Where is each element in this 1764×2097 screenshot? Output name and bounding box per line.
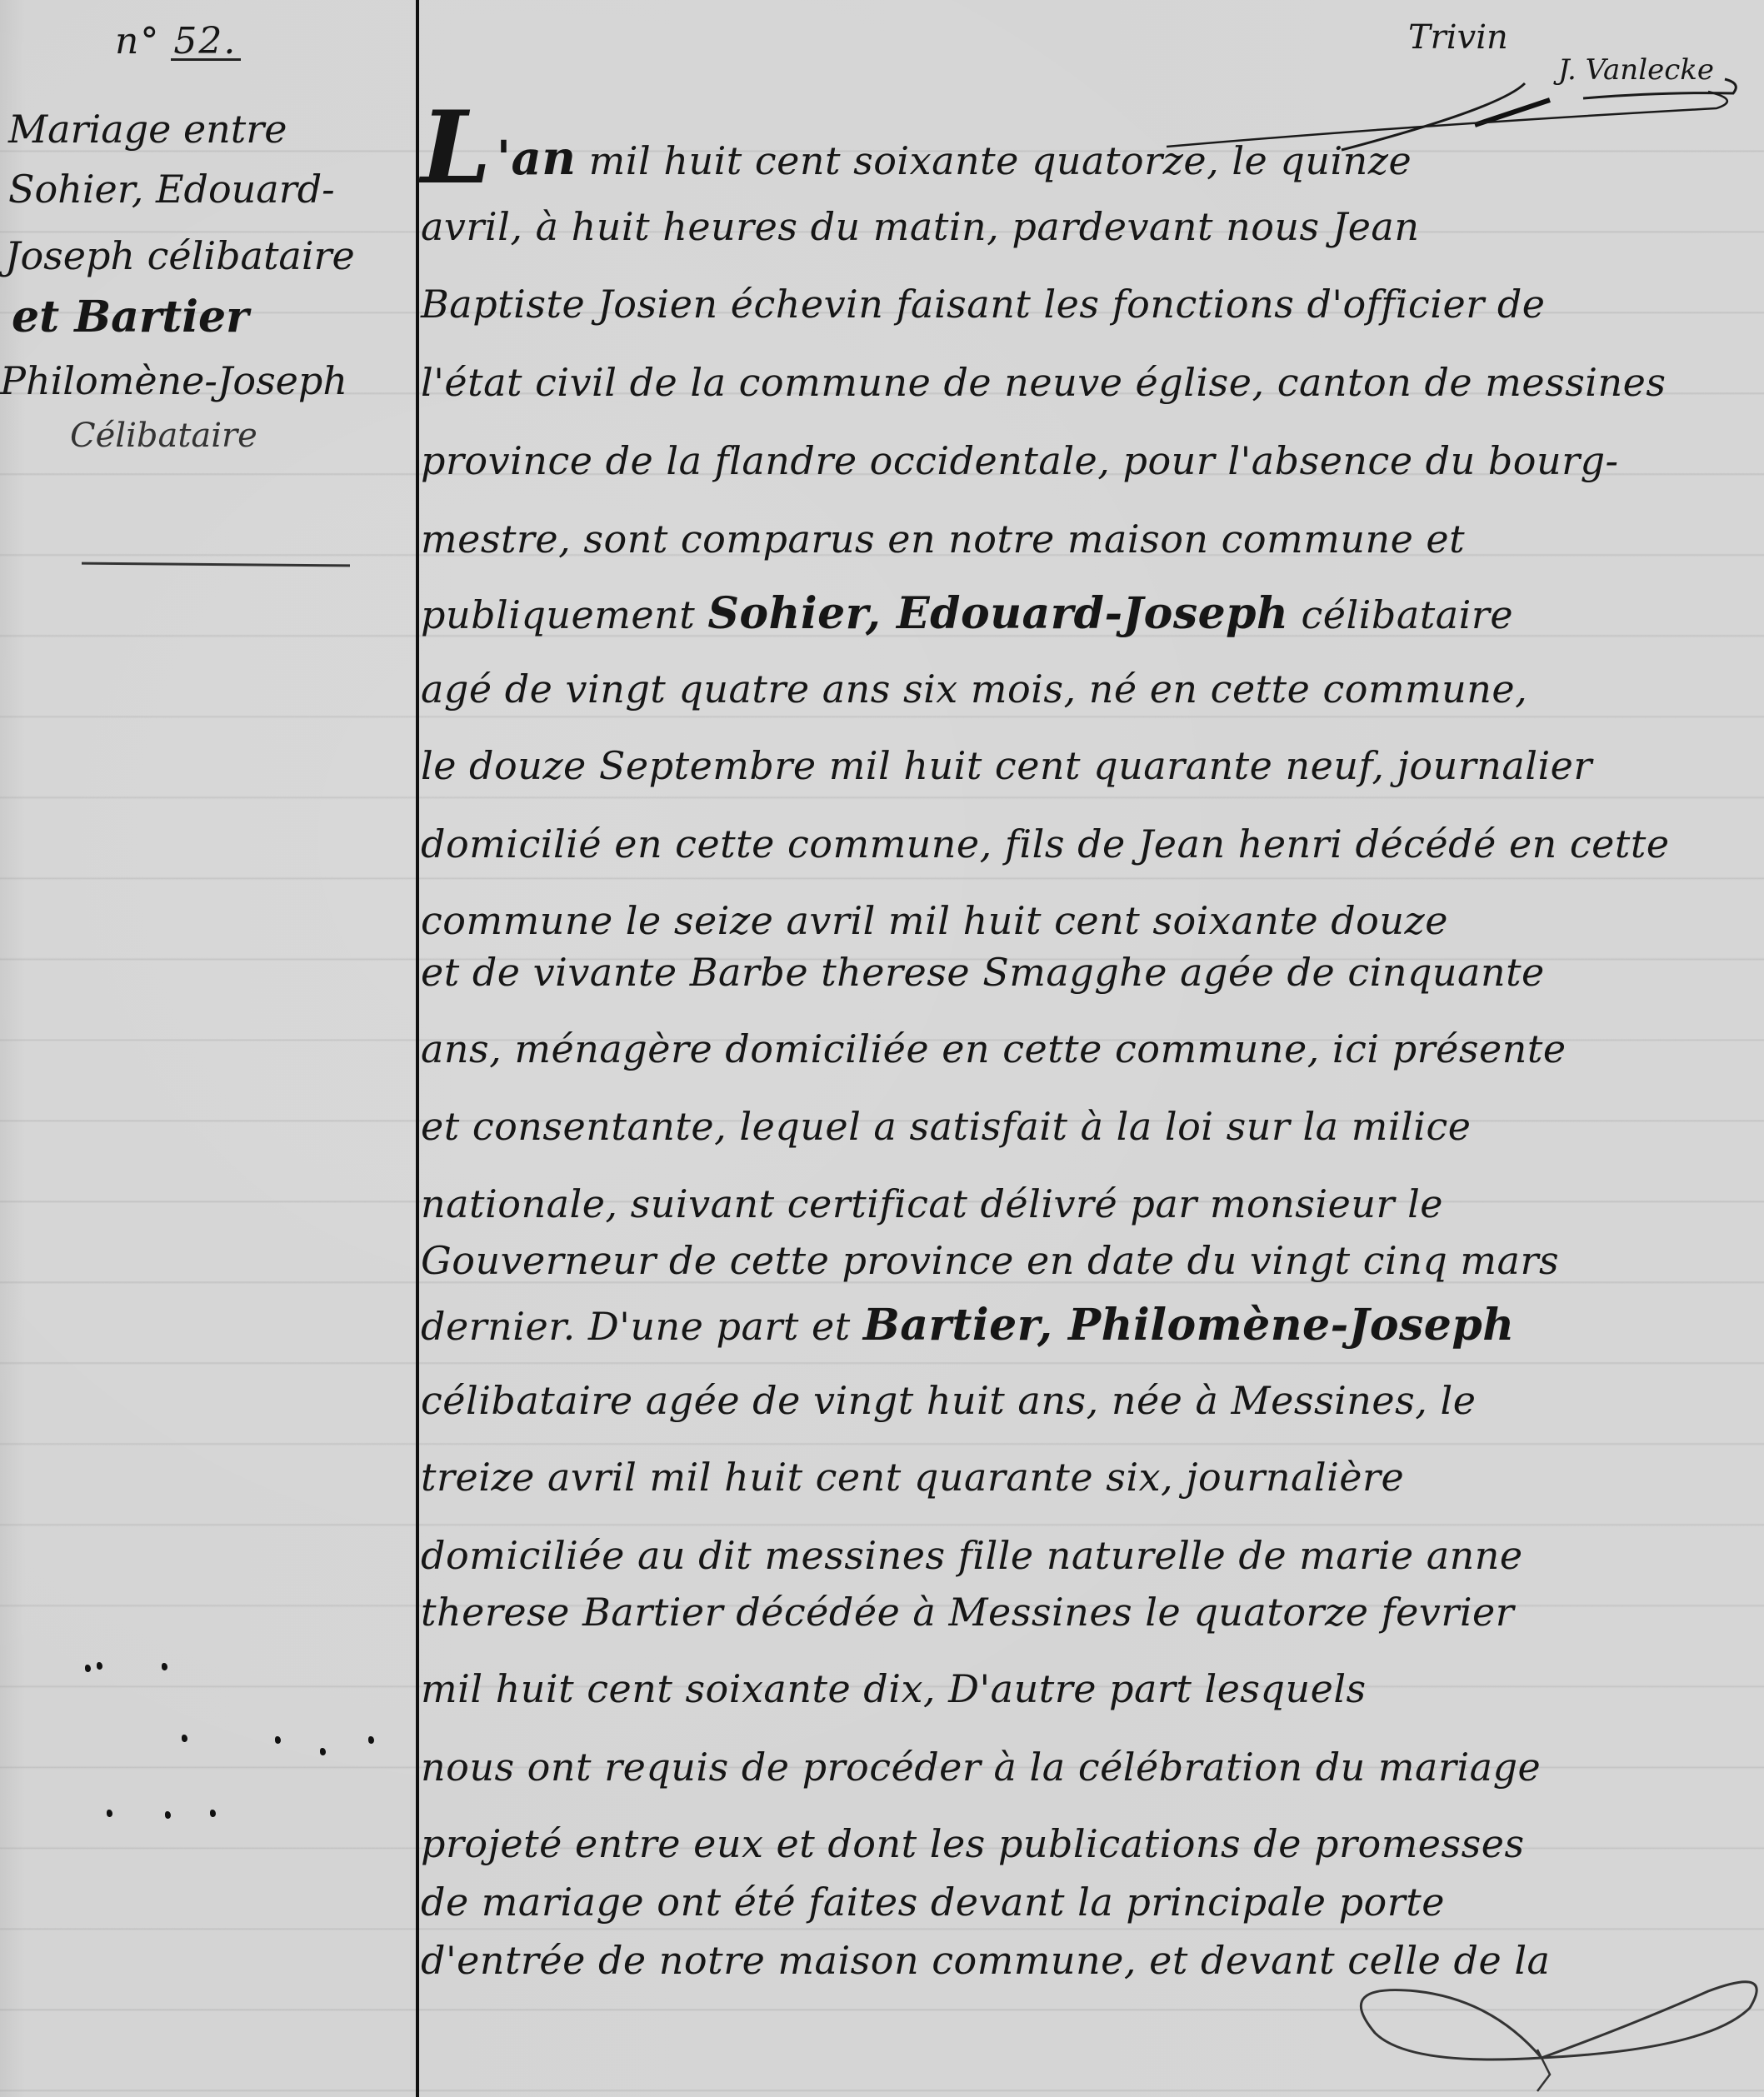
body-line: ans, ménagère domiciliée en cette commun…: [421, 1026, 1567, 1071]
body-text: publiquement: [421, 592, 707, 637]
body-text: célibataire: [1288, 592, 1513, 637]
body-line: nationale, suivant certificat délivré pa…: [421, 1181, 1443, 1226]
body-line: agé de vingt quatre ans six mois, né en …: [421, 667, 1527, 711]
body-line: domicilié en cette commune, fils de Jean…: [421, 821, 1670, 866]
body-line-bride: dernier. D'une part et Bartier, Philomèn…: [421, 1300, 1515, 1351]
body-line-groom: publiquement Sohier, Edouard-Joseph céli…: [421, 588, 1513, 639]
body-line: et consentante, lequel a satisfait à la …: [421, 1104, 1471, 1149]
body-line: Baptiste Josien échevin faisant les fonc…: [421, 282, 1545, 327]
body-line: mestre, sont comparus en notre maison co…: [421, 517, 1465, 562]
body-line: célibataire agée de vingt huit ans, née …: [421, 1378, 1476, 1423]
body-line: treize avril mil huit cent quarante six,…: [421, 1455, 1404, 1500]
body-line: et de vivante Barbe therese Smagghe agée…: [421, 950, 1545, 995]
body-line: mil huit cent soixante dix, D'autre part…: [421, 1666, 1367, 1711]
body-line: nous ont requis de procéder à la célébra…: [421, 1745, 1541, 1790]
body-line-1: L'an mil huit cent soixante quatorze, le…: [421, 98, 1412, 198]
body-line: avril, à huit heures du matin, pardevant…: [421, 204, 1419, 249]
groom-name: Sohier, Edouard-Joseph: [707, 588, 1288, 639]
body-line: Gouverneur de cette province en date du …: [421, 1238, 1559, 1283]
body-line: projeté entre eux et dont les publicatio…: [421, 1821, 1525, 1866]
body-text: mil huit cent soixante quatorze, le quin…: [577, 138, 1412, 183]
drop-cap: L: [421, 89, 492, 207]
body-line: commune le seize avril mil huit cent soi…: [421, 898, 1448, 943]
bride-name: Bartier, Philomène-Joseph: [863, 1300, 1515, 1351]
body-line: l'état civil de la commune de neuve égli…: [421, 360, 1666, 405]
body-text: dernier. D'une part et: [421, 1304, 863, 1349]
body-line: le douze Septembre mil huit cent quarant…: [421, 743, 1592, 788]
body-line: d'entrée de notre maison commune, et dev…: [421, 1938, 1550, 1983]
body-line: domiciliée au dit messines fille naturel…: [421, 1533, 1523, 1578]
body-line: de mariage ont été faites devant la prin…: [421, 1880, 1445, 1925]
first-word: 'an: [497, 131, 577, 186]
body-line: therese Bartier décédée à Messines le qu…: [421, 1590, 1514, 1635]
body-line: province de la flandre occidentale, pour…: [421, 438, 1619, 483]
register-page: n° 52. Mariage entre Sohier, Edouard- Jo…: [0, 0, 1764, 2097]
